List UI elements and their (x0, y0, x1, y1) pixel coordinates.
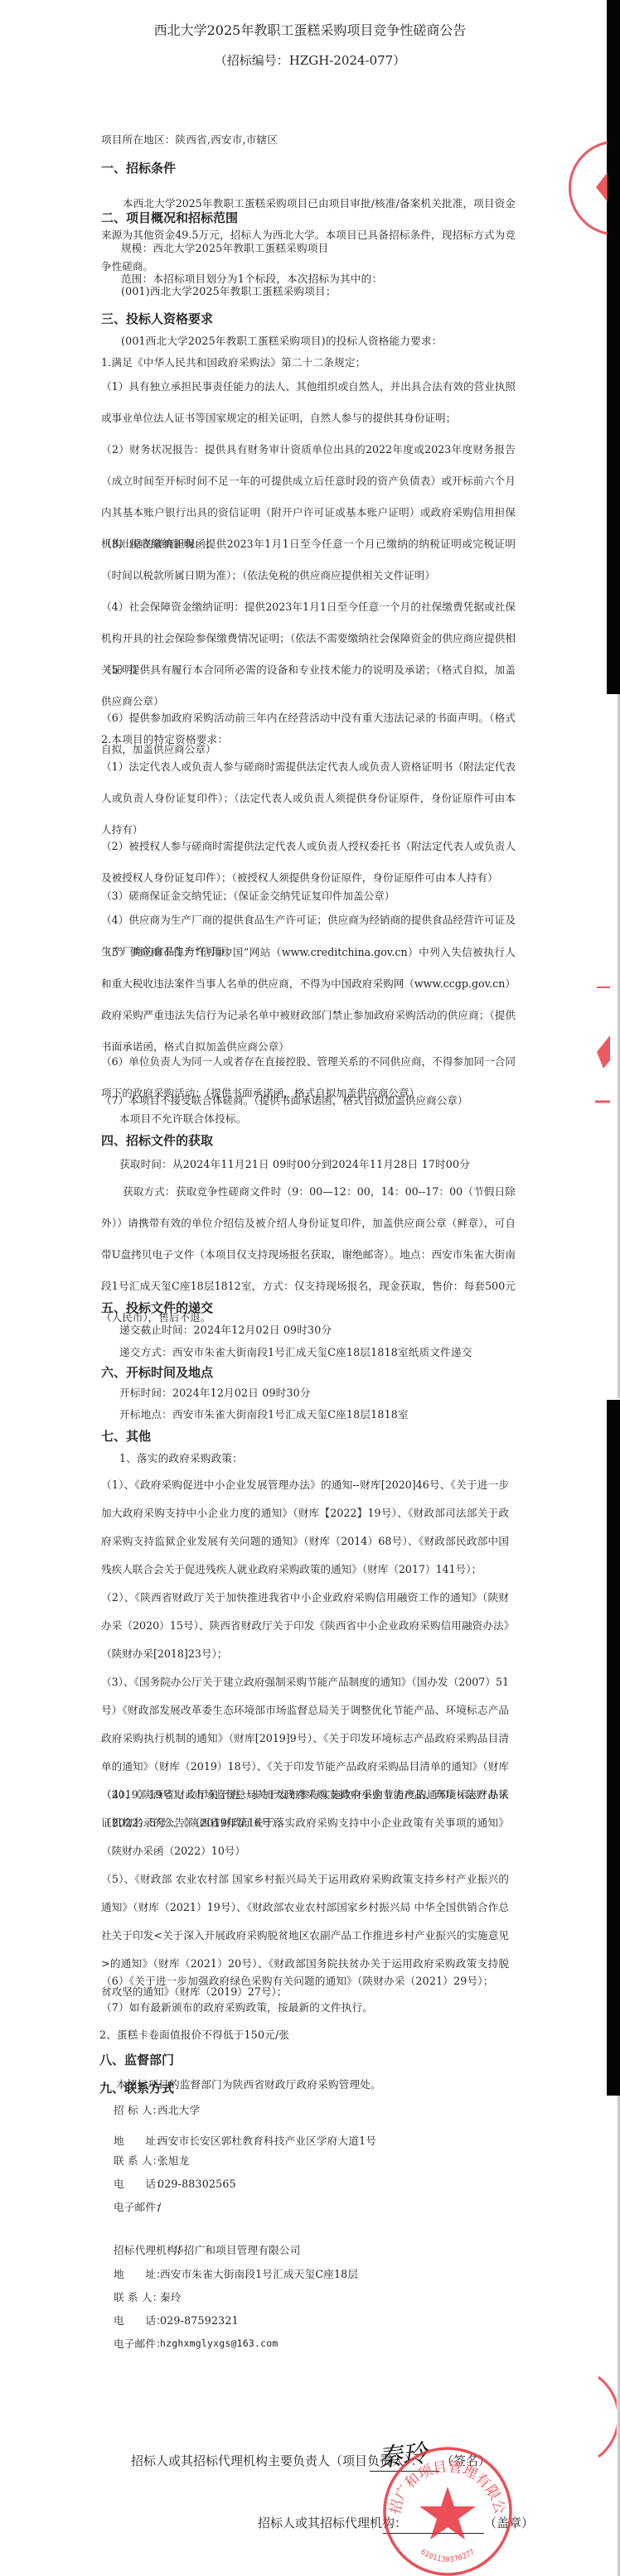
section-heading: 五、投标文件的递交 (101, 1302, 213, 1315)
contact-value: 029-88302565 (157, 2179, 236, 2190)
policy-item: （1）、《政府采购促进中小企业发展管理办法》的通知--财库[2020]46号、《… (101, 1471, 509, 1584)
project-scale: 规模：西北大学2025年教职工蛋糕采购项目 (121, 244, 328, 254)
opening-place: 开标地点：西安市朱雀大街南段1号汇成天玺C座18层1818室 (119, 1410, 409, 1421)
stamp-line (383, 2533, 484, 2534)
scan-edge-bar (607, 0, 620, 694)
contact-email: hzghxmglyxgs@163.com (160, 2339, 278, 2349)
contact-value: 张旭龙 (157, 2156, 189, 2167)
section-heading: 二、项目概况和招标范围 (101, 212, 238, 224)
contact-label: 电子邮件： (114, 2339, 167, 2350)
project-scope: 范围：本招标项目划分为1个标段，本次招标为其中的： (121, 274, 382, 285)
section-heading: 一、招标条件 (101, 162, 176, 175)
policy-item: （4）、《陕西省财政厅关于进一步加大政府采购支持中小企业力度的通知》（陕财办采（… (101, 1781, 509, 1865)
bid-number: （招标编号：HZGH-2024-077） (0, 51, 620, 69)
opening-time: 开标时间：2024年12月02日 09时30分 (119, 1388, 311, 1399)
contact-label: 联 系 人： (114, 2293, 163, 2303)
contact-label: 联 系 人： (114, 2156, 163, 2167)
org-label: 招标人或其招标代理机构： (258, 2514, 407, 2531)
contact-value: 029-87592321 (160, 2316, 239, 2327)
partial-seal-icon (566, 139, 608, 237)
contact-label: 招 标 人： (114, 2106, 163, 2116)
policy-item: （7）如有最新颁布的政府采购政策，按最新的文件执行。 (101, 2003, 373, 2014)
partial-seal-icon (593, 986, 610, 1110)
consortium-note: 本项目不允许联合体投标。 (119, 1114, 247, 1125)
document-title: 西北大学2025年教职工蛋糕采购项目竞争性磋商公告 (0, 20, 620, 39)
section-heading: 七、其他 (101, 1430, 151, 1443)
section-heading: 四、招标文件的获取 (101, 1135, 213, 1147)
qualification-intro: (001西北大学2025年教职工蛋糕采购项目)的投标人资格能力要求： (121, 336, 443, 347)
specific-requirements-title: 2.本项目的特定资格要求： (101, 735, 228, 745)
requirement-item: （3）税收缴纳证明：提供2023年1月1日至今任意一个月已缴纳的纳税证明或完税证… (101, 528, 516, 591)
document-page: 西北大学2025年教职工蛋糕采购项目竞争性磋商公告 （招标编号：HZGH-202… (0, 0, 620, 2576)
section-body: 本西北大学2025年教职工蛋糕采购项目已由项目审批/核准/备案机关批准，项目资金… (101, 188, 516, 282)
price-note: 2、蛋糕卡卷面值报价不得低于150元/张 (99, 2030, 289, 2041)
contact-label: 电 话： (114, 2316, 167, 2327)
policy-item: （6）《关于进一步加强政府绿色采购有关问题的通知》（陕财办采（2021）29号）… (101, 1976, 494, 1987)
general-requirements-title: 1.满足《中华人民共和国政府采购法》第二十二条规定； (101, 358, 366, 369)
acquisition-time: 获取时间：从2024年11月21日 09时00分到2024年11月28日 17时… (119, 1160, 470, 1170)
project-region: 项目所在地区：陕西省,西安市,市辖区 (101, 135, 278, 146)
contact-value: 西北大学 (157, 2106, 200, 2116)
contact-value: 西安市朱雀大街南段1号汇成天玺C座18层 (160, 2270, 358, 2280)
contact-label: 地 址： (114, 2270, 167, 2280)
requirement-item: （1）具有独立承担民事责任能力的法人、其他组织或自然人，并出具合法有效的营业执照… (101, 371, 516, 434)
scan-edge-bar (607, 1400, 620, 2096)
svg-text:6101130370277: 6101130370277 (419, 2548, 476, 2564)
sign-suffix: （签名） (441, 2452, 491, 2469)
policy-item: （2）、《陕西省财政厅关于加快推进我省中小企业政府采购信用融资工作的通知》（陕财… (101, 1584, 509, 1668)
stamp-suffix: （盖章） (484, 2514, 534, 2531)
section-heading: 三、投标人资格要求 (101, 313, 213, 326)
contact-value: 秦玲 (160, 2293, 182, 2303)
section-heading: 九、联系方式 (99, 2082, 174, 2095)
lot-item-text: (001)西北大学2025年教职工蛋糕采购项目； (121, 287, 337, 297)
contact-value: 华招广和项目管理有限公司 (173, 2246, 301, 2256)
contact-value: 西安市长安区郭杜教育科技产业区学府大道1号 (157, 2136, 376, 2147)
submission-deadline: 递交截止时间：2024年12月02日 09时30分 (119, 1325, 332, 1336)
contact-value: / (157, 2202, 161, 2213)
policy-title: 1、落实的政府采购政策： (119, 1454, 243, 1464)
section-heading: 六、开标时间及地点 (101, 1367, 213, 1379)
submission-method: 递交方式：西安市朱雀大街南段1号汇成天玺C座18层1818室纸质文件递交 (119, 1348, 472, 1358)
partial-seal-icon (597, 2376, 617, 2458)
section-heading: 八、监督部门 (99, 2054, 174, 2067)
requirement-item: （5）供应商不得为“信用中国”网站（www.creditchina.gov.cn… (101, 937, 516, 1063)
handwritten-signature: 秦玲 (375, 2433, 429, 2474)
